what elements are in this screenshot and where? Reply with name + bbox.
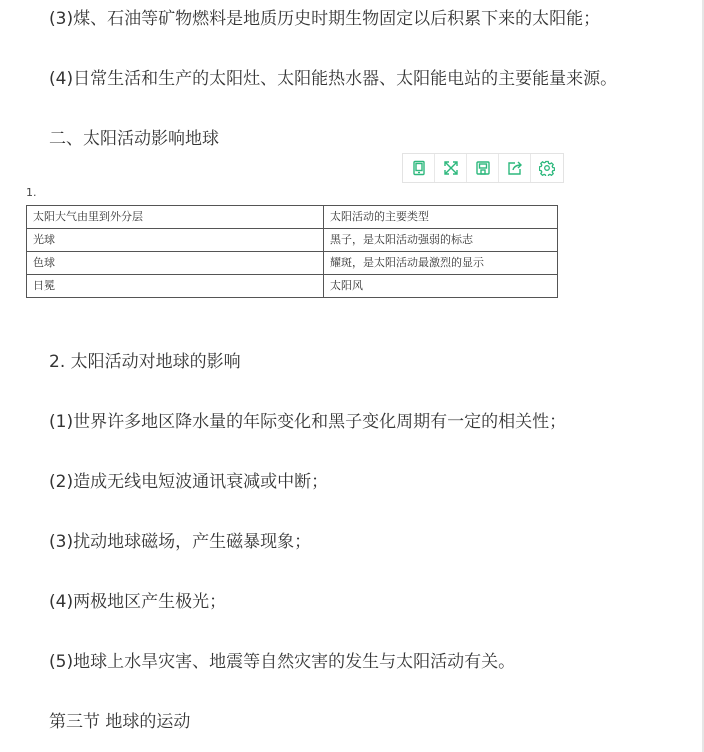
section-heading-earth-motion: 第三节 地球的运动 — [49, 711, 190, 733]
save-icon — [475, 160, 491, 176]
list-item: (1)世界许多地区降水量的年际变化和黑子变化周期有一定的相关性； — [49, 411, 566, 433]
list-item: (3)扰动地球磁场，产生磁暴现象； — [49, 531, 311, 553]
save-button[interactable] — [467, 154, 499, 182]
share-button[interactable] — [499, 154, 531, 182]
table-cell: 太阳活动的主要类型 — [324, 206, 558, 229]
list-item: (5)地球上水旱灾害、地震等自然灾害的发生与太阳活动有关。 — [49, 651, 515, 673]
section-heading-solar-activity: 二、太阳活动影响地球 — [49, 128, 219, 150]
list-item: (4)两极地区产生极光； — [49, 591, 226, 613]
paragraph-coal-oil: (3)煤、石油等矿物燃料是地质历史时期生物固定以后积累下来的太阳能； — [49, 8, 600, 30]
table-row: 光球 黑子，是太阳活动强弱的标志 — [27, 229, 558, 252]
solar-atmosphere-table: 太阳大气由里到外分层 太阳活动的主要类型 光球 黑子，是太阳活动强弱的标志 色球… — [26, 205, 558, 298]
table-cell: 日冕 — [27, 275, 324, 298]
fullscreen-button[interactable] — [435, 154, 467, 182]
table-row: 太阳大气由里到外分层 太阳活动的主要类型 — [27, 206, 558, 229]
table-cell: 太阳大气由里到外分层 — [27, 206, 324, 229]
subheading-solar-effects: 2. 太阳活动对地球的影响 — [49, 351, 241, 373]
tablet-icon — [411, 160, 427, 176]
table-cell: 光球 — [27, 229, 324, 252]
paragraph-solar-devices: (4)日常生活和生产的太阳灶、太阳能热水器、太阳能电站的主要能量来源。 — [49, 68, 617, 90]
table-cell: 色球 — [27, 252, 324, 275]
expand-icon — [443, 160, 459, 176]
table-row: 色球 耀斑，是太阳活动最激烈的显示 — [27, 252, 558, 275]
table-cell: 黑子，是太阳活动强弱的标志 — [324, 229, 558, 252]
share-icon — [507, 160, 523, 176]
gear-icon — [539, 160, 555, 176]
table-row: 日冕 太阳风 — [27, 275, 558, 298]
table-number: 1. — [26, 186, 37, 200]
table-toolbar — [402, 153, 564, 183]
table-cell: 太阳风 — [324, 275, 558, 298]
tablet-view-button[interactable] — [403, 154, 435, 182]
list-item: (2)造成无线电短波通讯衰减或中断； — [49, 471, 328, 493]
table-cell: 耀斑，是太阳活动最激烈的显示 — [324, 252, 558, 275]
settings-button[interactable] — [531, 154, 563, 182]
